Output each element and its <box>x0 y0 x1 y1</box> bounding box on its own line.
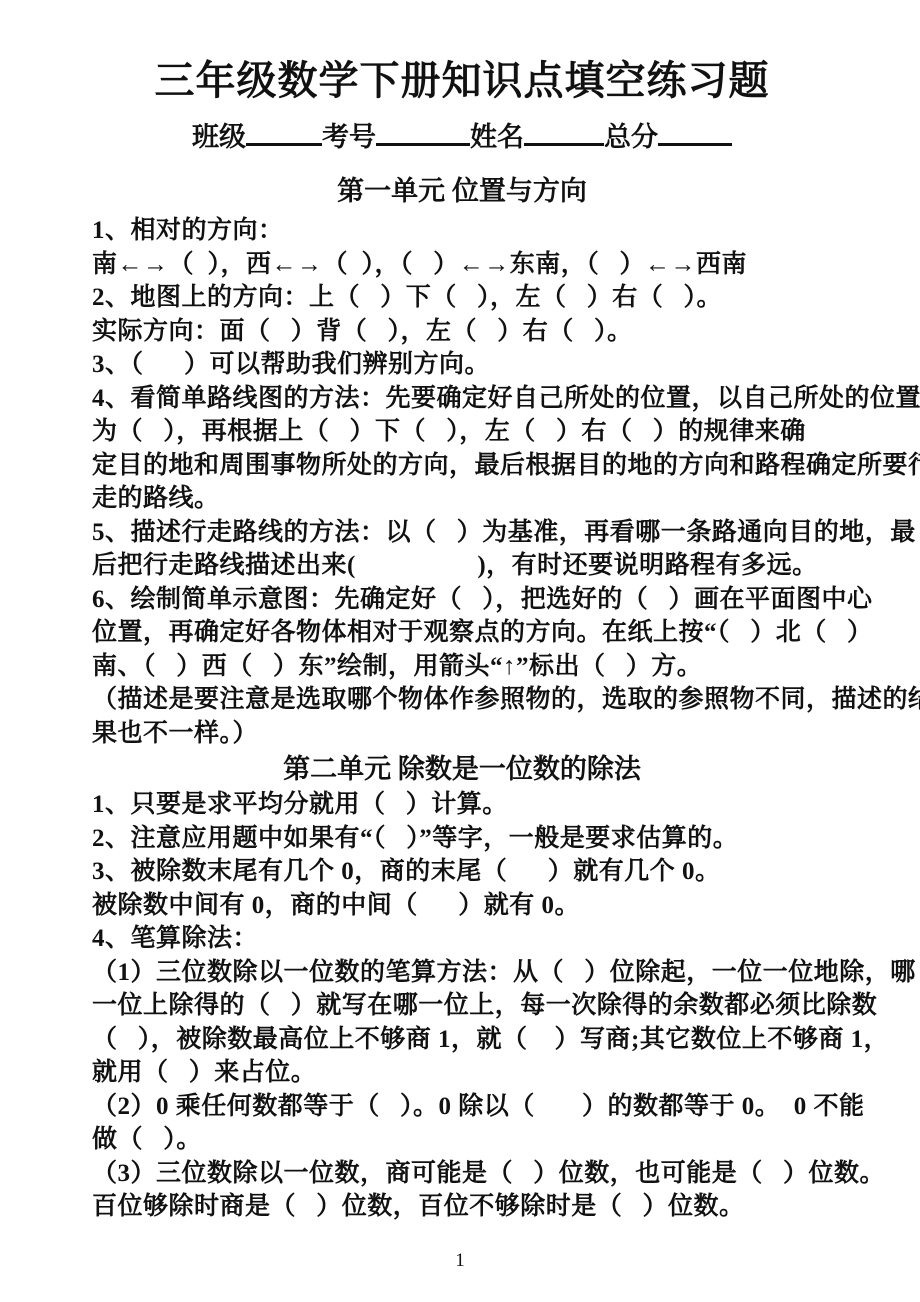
text-line: 1、相对的方向： <box>92 214 832 248</box>
text-line: （ ），被除数最高位上不够商 1，就（ ）写商;其它数位上不够商 1， <box>92 1023 832 1057</box>
text-line: 果也不一样。） <box>92 717 832 751</box>
text-line: 实际方向：面（ ）背（ ），左（ ）右（ ）。 <box>92 315 832 349</box>
text-line: （1）三位数除以一位数的笔算方法：从（ ）位除起，一位一位地除，哪 <box>92 956 832 990</box>
name-field-label: 姓名 <box>470 122 524 152</box>
text-line: 就用（ ）来占位。 <box>92 1056 832 1090</box>
text-line: 3、（ ）可以帮助我们辨别方向。 <box>92 348 832 382</box>
total-score-field-label: 总分 <box>604 122 658 152</box>
exam-number-field: 考号 <box>322 120 470 154</box>
text-line: 被除数中间有 0，商的中间（ ）就有 0。 <box>92 889 832 923</box>
text-line: 百位够除时商是（ ）位数，百位不够除时是（ ）位数。 <box>92 1190 832 1224</box>
text-line: （2）0 乘任何数都等于（ ）。0 除以（ ）的数都等于 0。 0 不能 <box>92 1090 832 1124</box>
text-line: 南、（ ）西（ ）东”绘制，用箭头“↑”标出（ ）方。 <box>92 650 832 684</box>
page-title: 三年级数学下册知识点填空练习题 <box>92 56 832 106</box>
text-line: 做（ ）。 <box>92 1123 832 1157</box>
text-line: 2、注意应用题中如果有“（ ）”等字，一般是要求估算的。 <box>92 822 832 856</box>
section-heading: 第一单元 位置与方向 <box>92 174 832 208</box>
exam-number-blank-line <box>376 121 470 146</box>
page-number: 1 <box>0 1250 920 1272</box>
text-line: 定目的地和周围事物所处的方向，最后根据目的地的方向和路程确定所要行 <box>92 449 832 483</box>
name-field: 姓名 <box>470 120 604 154</box>
student-info-line: 班级考号姓名总分 <box>92 120 832 154</box>
text-line: 4、笔算除法： <box>92 922 832 956</box>
exam-number-field-label: 考号 <box>322 122 376 152</box>
text-line: 4、看简单路线图的方法：先要确定好自己所处的位置，以自己所处的位置 <box>92 382 832 416</box>
text-line: 为（ ），再根据上（ ）下（ ），左（ ）右（ ）的规律来确 <box>92 415 832 449</box>
section-heading: 第二单元 除数是一位数的除法 <box>92 752 832 786</box>
text-line: （描述是要注意是选取哪个物体作参照物的，选取的参照物不同，描述的结 <box>92 683 832 717</box>
section-unit-2: 第二单元 除数是一位数的除法 1、只要是求平均分就用（ ）计算。 2、注意应用题… <box>92 752 832 1224</box>
worksheet-page: 三年级数学下册知识点填空练习题 班级考号姓名总分 第一单元 位置与方向 1、相对… <box>0 0 920 1302</box>
text-line: 走的路线。 <box>92 482 832 516</box>
text-line: 1、只要是求平均分就用（ ）计算。 <box>92 788 832 822</box>
class-field-label: 班级 <box>192 122 246 152</box>
total-score-field: 总分 <box>604 120 732 154</box>
total-score-blank-line <box>658 121 732 146</box>
name-blank-line <box>524 121 604 146</box>
section-unit-1: 第一单元 位置与方向 1、相对的方向： 南←→（ ），西←→（ ），（ ）←→东… <box>92 174 832 750</box>
text-line: 3、被除数末尾有几个 0，商的末尾（ ）就有几个 0。 <box>92 855 832 889</box>
class-field: 班级 <box>192 120 322 154</box>
text-line: （3）三位数除以一位数，商可能是（ ）位数，也可能是（ ）位数。 <box>92 1157 832 1191</box>
class-blank-line <box>246 121 322 146</box>
text-line: 南←→（ ），西←→（ ），（ ）←→东南，（ ）←→西南 <box>92 248 832 282</box>
text-line: 位置，再确定好各物体相对于观察点的方向。在纸上按“（ ）北（ ） <box>92 616 832 650</box>
text-line: 一位上除得的（ ）就写在哪一位上，每一次除得的余数都必须比除数 <box>92 989 832 1023</box>
text-line: 5、描述行走路线的方法：以（ ）为基准，再看哪一条路通向目的地，最 <box>92 516 832 550</box>
text-line: 后把行走路线描述出来( )，有时还要说明路程有多远。 <box>92 549 832 583</box>
page-content: 三年级数学下册知识点填空练习题 班级考号姓名总分 第一单元 位置与方向 1、相对… <box>0 0 920 1224</box>
text-line: 6、绘制简单示意图：先确定好（ ），把选好的（ ）画在平面图中心 <box>92 583 832 617</box>
text-line: 2、地图上的方向：上（ ）下（ ），左（ ）右（ ）。 <box>92 281 832 315</box>
